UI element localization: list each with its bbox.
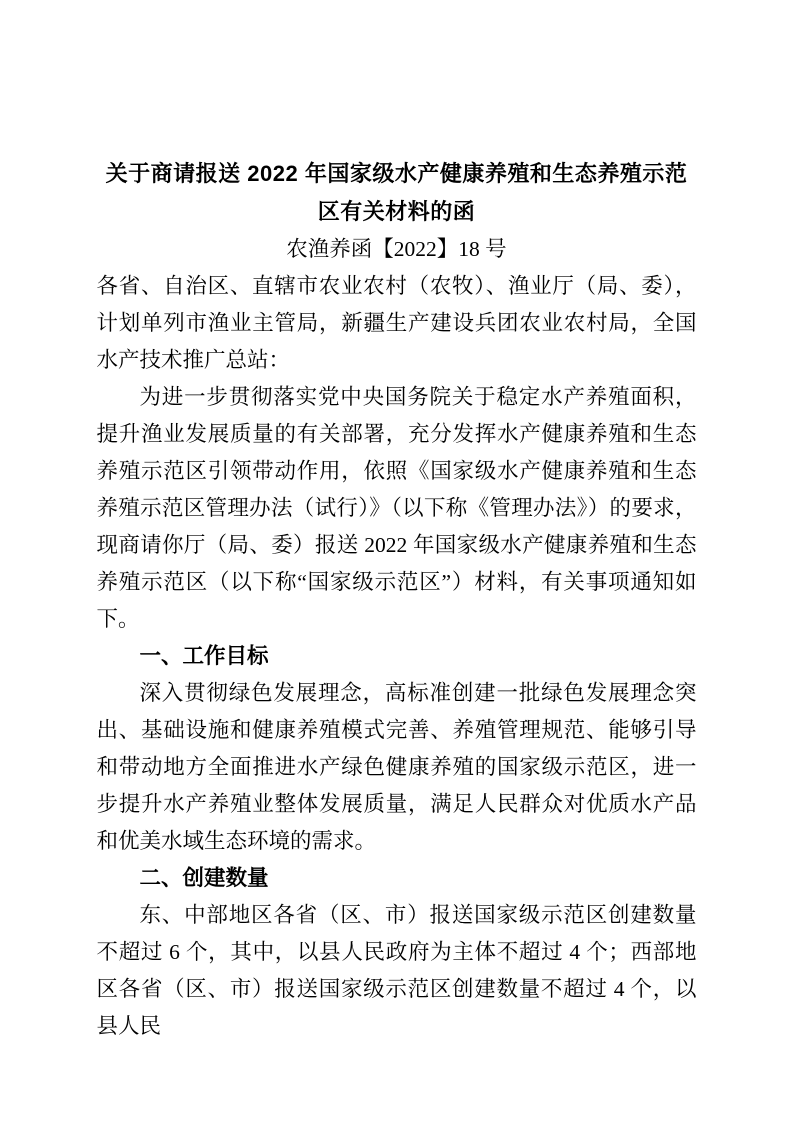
creation-quantity-paragraph: 东、中部地区各省（区、市）报送国家级示范区创建数量不超过 6 个，其中，以县人民… [97, 897, 697, 1045]
document-canvas: { "colors": { "page_background": "#fffff… [0, 0, 793, 1122]
section-heading-work-goals: 一、工作目标 [97, 638, 697, 675]
intro-paragraph: 为进一步贯彻落实党中央国务院关于稳定水产养殖面积，提升渔业发展质量的有关部署，充… [97, 379, 697, 638]
work-goals-paragraph: 深入贯彻绿色发展理念，高标准创建一批绿色发展理念突出、基础设施和健康养殖模式完善… [97, 675, 697, 860]
document-title: 关于商请报送 2022 年国家级水产健康养殖和生态养殖示范区有关材料的函 [97, 155, 697, 231]
document-page: 关于商请报送 2022 年国家级水产健康养殖和生态养殖示范区有关材料的函 农渔养… [97, 0, 697, 1045]
document-number: 农渔养函【2022】18 号 [97, 231, 697, 268]
section-heading-creation-quantity: 二、创建数量 [97, 860, 697, 897]
salutation-paragraph: 各省、自治区、直辖市农业农村（农牧）、渔业厅（局、委），计划单列市渔业主管局，新… [97, 268, 697, 379]
